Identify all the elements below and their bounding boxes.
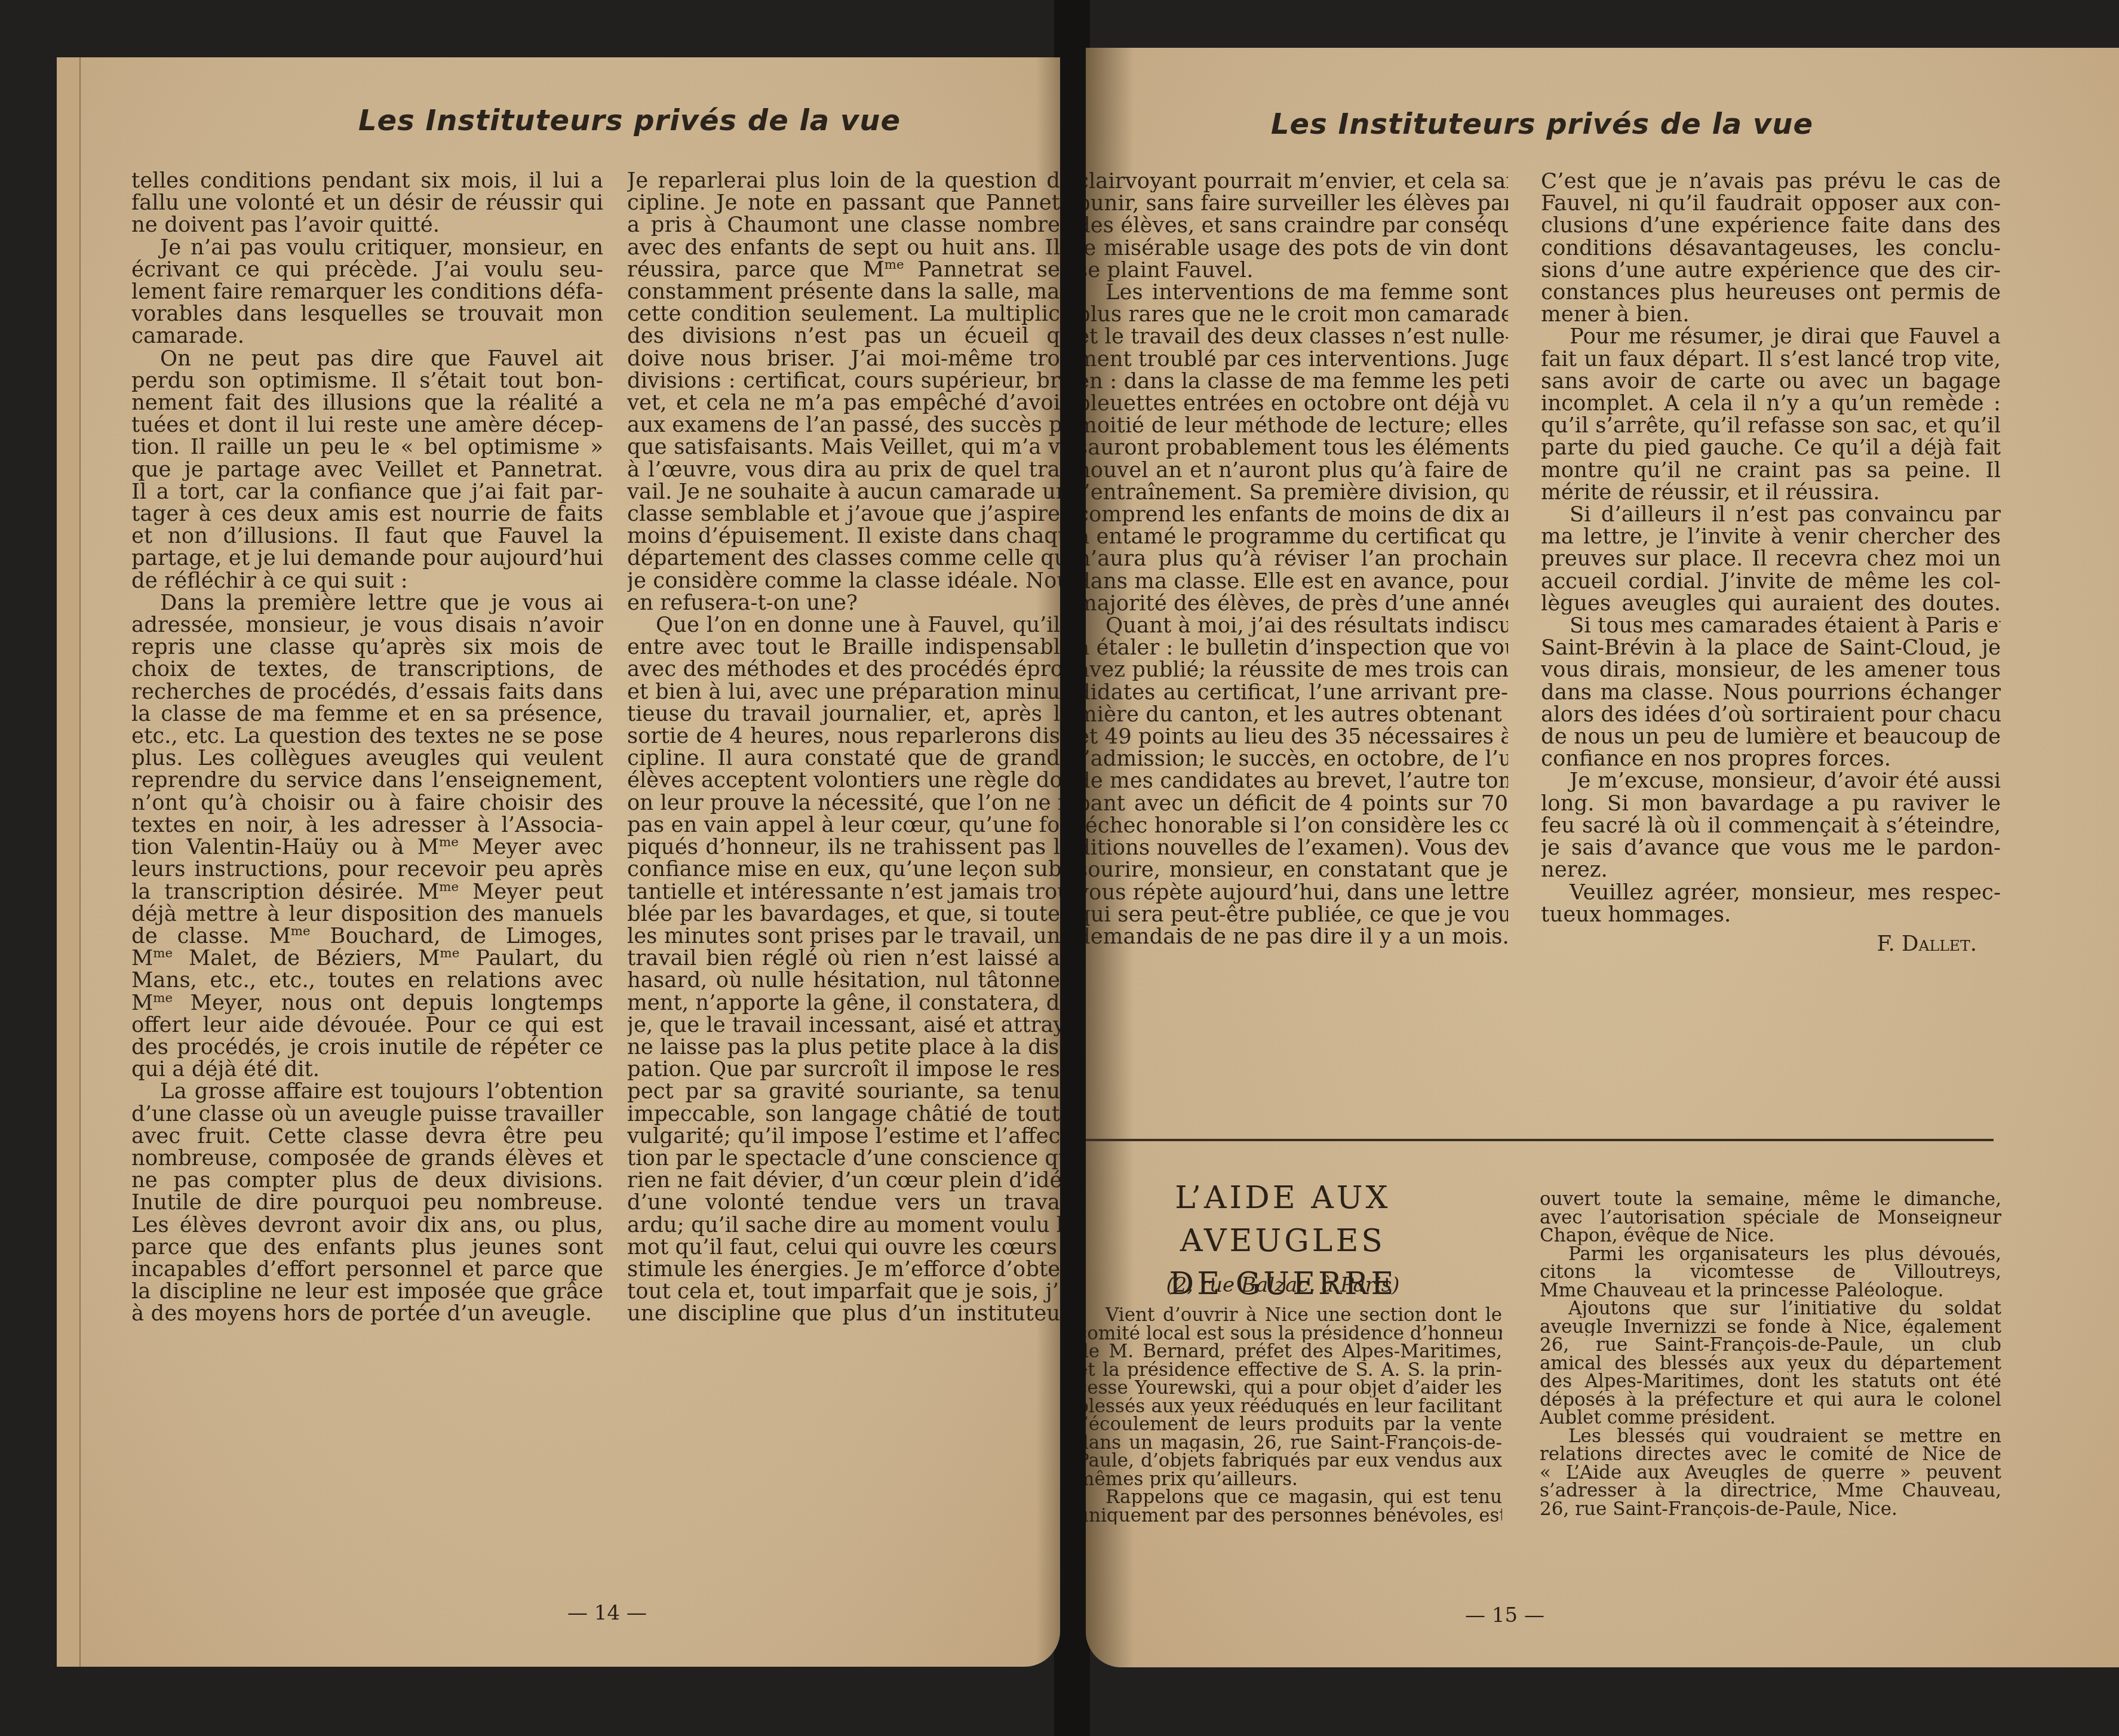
text-line: lement faire remarquer les conditions dé… xyxy=(131,281,603,303)
text-line: sortie de 4 heures, nous reparlerons dis xyxy=(627,725,1060,747)
text-line: n’ont qu’à choisir ou à faire choisir de… xyxy=(131,792,603,814)
text-line: Veuillez agréer, monsieur, mes respec- xyxy=(1541,881,2001,904)
text-line: mener à bien. xyxy=(1541,303,2001,325)
text-line: clusions d’une expérience faite dans des xyxy=(1541,214,2001,236)
text-line: etc., etc. La question des textes ne se … xyxy=(131,725,603,747)
text-line: Si d’ailleurs il n’est pas convaincu par xyxy=(1541,503,2001,526)
text-line: C’est que je n’avais pas prévu le cas de xyxy=(1541,170,2001,192)
text-line: adressée, monsieur, je vous disais n’avo… xyxy=(131,614,603,636)
text-line: dans ma classe. Nous pourrions échanger xyxy=(1541,681,2001,703)
signature: F. Dallet. xyxy=(1541,933,2001,955)
text-line: aux examens de l’an passé, des succès pl xyxy=(627,414,1060,436)
text-line: fallu une volonté et un désir de réussir… xyxy=(131,192,603,214)
text-line: confiance en nos propres forces. xyxy=(1541,748,2001,770)
text-line: textes en noir, à les adresser à l’Assoc… xyxy=(131,814,603,836)
text-line: Je reparlerai plus loin de la question d xyxy=(627,170,1060,192)
section-divider xyxy=(1086,1139,1994,1141)
text-line: je sais d’avance que vous me le pardon- xyxy=(1541,837,2001,859)
text-line: déposés à la préfecture et qui aura le c… xyxy=(1540,1391,2001,1409)
text-line: tuées et dont il lui reste une amère déc… xyxy=(131,414,603,436)
text-line: Inutile de dire pourquoi peu nombreuse. xyxy=(131,1191,603,1213)
text-line: vorables dans lesquelles se trouvait mon xyxy=(131,303,603,325)
text-line: des procédés, je crois inutile de répéte… xyxy=(131,1036,603,1058)
text-line: avec des enfants de sept ou huit ans. Il xyxy=(627,236,1060,259)
text-line: Mme Chauveau et la princesse Paléologue. xyxy=(1540,1282,2001,1300)
text-line: je, que le travail incessant, aisé et at… xyxy=(627,1014,1060,1036)
text-line: mot qu’il faut, celui qui ouvre les cœur… xyxy=(627,1236,1060,1258)
text-line: vail. Je ne souhaite à aucun camarade un xyxy=(627,481,1060,503)
text-line: mière du canton, et les autres obtenant … xyxy=(1086,703,1508,726)
text-line: a entamé le programme du certificat qu’e… xyxy=(1086,526,1508,548)
text-line: offert leur aide dévouée. Pour ce qui es… xyxy=(131,1014,603,1036)
text-line: avez publié; la réussite de mes trois ca… xyxy=(1086,659,1508,681)
text-line: nerez. xyxy=(1541,859,2001,881)
text-line: Dans la première lettre que je vous ai xyxy=(131,592,603,614)
text-line: s’adresser à la directrice, Mme Chauveau… xyxy=(1540,1482,2001,1500)
text-line: aveugle Invernizzi se fonde à Nice, égal… xyxy=(1540,1318,2001,1336)
text-line: moins d’épuisement. Il existe dans chaqu xyxy=(627,525,1060,547)
text-line: tantielle et intéressante n’est jamais t… xyxy=(627,881,1060,903)
text-line: comprend les enfants de moins de dix ans… xyxy=(1086,503,1508,526)
text-line: cette condition seulement. La multiplic xyxy=(627,303,1060,325)
text-line: vous dirais, monsieur, de les amener tou… xyxy=(1541,659,2001,681)
article-subtitle: (2, rue Balzac, à Paris) xyxy=(1086,1273,1486,1297)
text-line: la discipline ne leur est imposée que gr… xyxy=(131,1280,603,1302)
text-line: en : dans la classe de ma femme les peti… xyxy=(1086,370,1508,392)
text-line: classe semblable et j’avoue que j’aspire xyxy=(627,503,1060,525)
text-line: de M. Bernard, préfet des Alpes-Maritime… xyxy=(1086,1342,1502,1361)
text-line: vet, et cela ne m’a pas empêché d’avoi xyxy=(627,392,1060,414)
text-line: en refusera-t-on une? xyxy=(627,592,1060,614)
text-line: avec fruit. Cette classe devra être peu xyxy=(131,1125,603,1147)
text-line: uniquement par des personnes bénévoles, … xyxy=(1086,1507,1502,1525)
text-line: bant avec un déficit de 4 points sur 70 xyxy=(1086,792,1508,815)
text-line: et bien à lui, avec une préparation minu xyxy=(627,681,1060,703)
text-line: tueux hommages. xyxy=(1541,904,2001,926)
text-line: sourire, monsieur, en constatant que je xyxy=(1086,859,1508,881)
text-line: « L’Aide aux Aveugles de guerre » peuven… xyxy=(1540,1464,2001,1482)
text-line: ouvert toute la semaine, même le dimanch… xyxy=(1540,1190,2001,1209)
article-title-line1: L’AIDE AUX AVEUGLES xyxy=(1086,1176,1486,1262)
text-line: On ne peut pas dire que Fauvel ait xyxy=(131,348,603,370)
text-line: d’une volonté tendue vers un trava xyxy=(627,1191,1060,1213)
text-line: Que l’on en donne une à Fauvel, qu’il xyxy=(627,614,1060,636)
text-line: impeccable, son langage châtié de tout xyxy=(627,1103,1060,1125)
text-line: mêmes prix qu’ailleurs. xyxy=(1086,1470,1502,1489)
text-line: n’aura plus qu’à réviser l’an prochain xyxy=(1086,548,1508,570)
text-line: clairvoyant pourrait m’envier, et cela s… xyxy=(1086,170,1508,192)
text-line: leurs instructions, pour recevoir peu ap… xyxy=(131,858,603,880)
text-line: de mes candidates au brevet, l’autre tom… xyxy=(1086,770,1508,792)
text-line: plus. Les collègues aveugles qui veulent xyxy=(131,747,603,769)
text-line: l’admission; le succès, en octobre, de l… xyxy=(1086,748,1508,770)
text-line: ment troublé par ces interventions. Juge… xyxy=(1086,348,1508,370)
text-line: stimule les énergies. Je m’efforce d’obt… xyxy=(627,1258,1060,1280)
text-line: nouvel an et n’auront plus qu’à faire de xyxy=(1086,459,1508,481)
text-line: blessés aux yeux rééduqués en leur facil… xyxy=(1086,1397,1502,1416)
text-line: Mans, etc., etc., toutes en relations av… xyxy=(131,969,603,991)
text-line: entre avec tout le Braille indispensabl xyxy=(627,636,1060,658)
text-line: ne laisse pas la plus petite place à la … xyxy=(627,1036,1060,1058)
text-line: de réfléchir à ce qui suit : xyxy=(131,570,603,592)
text-line: à des moyens hors de portée d’un aveugle… xyxy=(131,1302,603,1325)
text-line: camarade. xyxy=(131,325,603,347)
text-line: tion par le spectacle d’une conscience q… xyxy=(627,1147,1060,1169)
text-line: et la présidence effective de S. A. S. l… xyxy=(1086,1361,1502,1379)
text-line: sauront probablement tous les éléments a… xyxy=(1086,437,1508,459)
text-line: Rappelons que ce magasin, qui est tenu xyxy=(1086,1488,1502,1507)
text-line: sans avoir de carte ou avec un bagage xyxy=(1541,370,2001,392)
text-line: ment, n’apporte la gêne, il constatera, … xyxy=(627,992,1060,1014)
text-line: Je m’excuse, monsieur, d’avoir été aussi xyxy=(1541,770,2001,792)
text-line: et le travail des deux classes n’est nul… xyxy=(1086,325,1508,348)
text-line: perdu son optimisme. Il s’était tout bon… xyxy=(131,370,603,392)
text-line: à étaler : le bulletin d’inspection que … xyxy=(1086,637,1508,659)
text-line: constamment présente dans la salle, mai xyxy=(627,281,1060,303)
text-line: pect par sa gravité souriante, sa tenu xyxy=(627,1080,1060,1102)
text-line: d’une classe où un aveugle puisse travai… xyxy=(131,1103,603,1125)
text-line: plus rares que ne le croit mon camarade, xyxy=(1086,303,1508,325)
text-line: demandais de ne pas dire il y a un mois. xyxy=(1086,926,1508,948)
text-line: je considère comme la classe idéale. Nou xyxy=(627,570,1060,592)
text-line: des élèves, et sans craindre par conséqu… xyxy=(1086,214,1508,236)
text-line: long. Si mon bavardage a pu raviver le xyxy=(1541,792,2001,815)
text-line: cipline. Il aura constaté que de grand xyxy=(627,747,1060,769)
text-line: Ajoutons que sur l’initiative du soldat xyxy=(1540,1299,2001,1318)
text-line: conditions désavantageuses, les conclu- xyxy=(1541,237,2001,259)
text-line: l’entraînement. Sa première division, qu… xyxy=(1086,481,1508,503)
text-line: Pour me résumer, je dirai que Fauvel a xyxy=(1541,325,2001,348)
left-column-1: telles conditions pendant six mois, il l… xyxy=(131,170,603,1325)
page-number-15: — 15 — xyxy=(1465,1603,1544,1627)
text-line: divisions : certificat, cours supérieur,… xyxy=(627,370,1060,392)
running-head-right: Les Instituteurs privés de la vue xyxy=(1271,107,1813,141)
text-line: La grosse affaire est toujours l’obtenti… xyxy=(131,1080,603,1102)
text-line: (échec honorable si l’on considère les c… xyxy=(1086,815,1508,837)
text-line: nombreuse, composée de grands élèves et xyxy=(131,1147,603,1169)
text-line: le misérable usage des pots de vin dont xyxy=(1086,237,1508,259)
left-column-2: Je reparlerai plus loin de la question d… xyxy=(627,170,1060,1325)
text-line: Mme Malet, de Béziers, Mme Paulart, du xyxy=(131,947,603,969)
text-line: qui sera peut-être publiée, ce que je vo… xyxy=(1086,904,1508,926)
text-line: fait un faux départ. Il s’est lancé trop… xyxy=(1541,348,2001,370)
text-line: Vient d’ouvrir à Nice une section dont l… xyxy=(1086,1306,1502,1325)
text-line: doive nous briser. J’ai moi-même tro xyxy=(627,348,1060,370)
text-line: vulgarité; qu’il impose l’estime et l’af… xyxy=(627,1125,1060,1147)
text-line: nement fait des illusions que la réalité… xyxy=(131,392,603,414)
text-line: reprendre du service dans l’enseignement… xyxy=(131,769,603,791)
text-line: se plaint Fauvel. xyxy=(1086,259,1508,281)
text-line: dans ma classe. Elle est en avance, pour… xyxy=(1086,570,1508,592)
text-line: avec l’autorisation spéciale de Monseign… xyxy=(1540,1209,2001,1227)
left-page: Les Instituteurs privés de la vue telles… xyxy=(57,57,1060,1667)
text-line: de nous un peu de lumière et beaucoup de xyxy=(1541,726,2001,748)
text-line: cipline. Je note en passant que Pannet xyxy=(627,192,1060,214)
text-line: Quant à moi, j’ai des résultats indiscut… xyxy=(1086,614,1508,637)
text-line: tion Valentin-Haüy ou à Mme Meyer avec xyxy=(131,836,603,858)
text-line: comité local est sous la présidence d’ho… xyxy=(1086,1325,1502,1343)
text-line: cesse Yourewski, qui a pour objet d’aide… xyxy=(1086,1379,1502,1397)
text-line: incomplet. A cela il n’y a qu’un remède … xyxy=(1541,392,2001,414)
text-line: montre qu’il ne craint pas sa peine. Il xyxy=(1541,459,2001,481)
text-line: Parmi les organisateurs les plus dévoués… xyxy=(1540,1245,2001,1264)
text-line: Les interventions de ma femme sont xyxy=(1086,281,1508,303)
text-line: incapables d’effort personnel et parce q… xyxy=(131,1258,603,1280)
text-line: de classe. Mme Bouchard, de Limoges, xyxy=(131,925,603,947)
text-line: 26, rue Saint-François-de-Paule, un club xyxy=(1540,1336,2001,1354)
text-line: tout cela et, tout imparfait que je sois… xyxy=(627,1280,1060,1302)
text-line: la classe de ma femme et en sa présence, xyxy=(131,703,603,725)
text-line: tieuse du travail journalier, et, après … xyxy=(627,703,1060,725)
text-line: Paule, d’objets fabriqués par eux vendus… xyxy=(1086,1452,1502,1470)
text-line: des Alpes-Maritimes, dont les statuts on… xyxy=(1540,1372,2001,1391)
text-line: preuves sur place. Il recevra chez moi u… xyxy=(1541,548,2001,570)
text-line: Les blessés qui voudraient se mettre en xyxy=(1540,1427,2001,1446)
text-line: tager à ces deux amis est nourrie de fai… xyxy=(131,503,603,525)
text-line: et non d’illusions. Il faut que Fauvel l… xyxy=(131,525,603,547)
text-line: mérite de réussir, et il réussira. xyxy=(1541,481,2001,503)
text-line: avec des méthodes et des procédés éprouv xyxy=(627,658,1060,680)
text-line: lègues aveugles qui auraient des doutes. xyxy=(1541,592,2001,614)
text-line: feu sacré là où il commençait à s’éteind… xyxy=(1541,815,2001,837)
text-line: bleuettes entrées en octobre ont déjà vu… xyxy=(1086,392,1508,414)
text-line: confiance mise en eux, qu’une leçon subs xyxy=(627,858,1060,880)
page-number-14: — 14 — xyxy=(567,1601,647,1625)
text-line: une discipline que plus d’un instituteu xyxy=(627,1302,1060,1325)
text-line: écrivant ce qui précède. J’ai voulu seu- xyxy=(131,259,603,281)
text-line: Saint-Brévin à la place de Saint-Cloud, … xyxy=(1541,637,2001,659)
text-line: travail bien réglé où rien n’est laissé … xyxy=(627,947,1060,969)
text-line: blée par les bavardages, et que, si tout… xyxy=(627,903,1060,925)
text-line: parte du pied gauche. Ce qu’il a déjà fa… xyxy=(1541,437,2001,459)
text-line: déjà mettre à leur disposition des manue… xyxy=(131,903,603,925)
text-line: département des classes comme celle qu xyxy=(627,547,1060,569)
article-column-2: ouvert toute la semaine, même le dimanch… xyxy=(1540,1190,2001,1518)
text-line: relations directes avec le comité de Nic… xyxy=(1540,1445,2001,1464)
text-line: constances plus heureuses ont permis de xyxy=(1541,281,2001,303)
text-line: citons la vicomtesse de Villoutreys, xyxy=(1540,1263,2001,1282)
text-line: ne doivent pas l’avoir quitté. xyxy=(131,214,603,236)
text-line: repris une classe qu’après six mois de xyxy=(131,636,603,658)
text-line: amical des blessés aux yeux du départeme… xyxy=(1540,1354,2001,1373)
right-column-1: clairvoyant pourrait m’envier, et cela s… xyxy=(1086,170,1508,948)
text-line: à l’œuvre, vous dira au prix de quel tra xyxy=(627,459,1060,481)
text-line: moitié de leur méthode de lecture; elles xyxy=(1086,414,1508,437)
text-line: Il a tort, car la confiance que j’ai fai… xyxy=(131,481,603,503)
text-line: accueil cordial. J’invite de même les co… xyxy=(1541,570,2001,592)
text-line: vous répète aujourd’hui, dans une lettre xyxy=(1086,881,1508,904)
text-line: alors des idées d’où sortiraient pour ch… xyxy=(1541,703,2001,726)
text-line: Les élèves devront avoir dix ans, ou plu… xyxy=(131,1214,603,1236)
text-line: ardu; qu’il sache dire au moment voulu l xyxy=(627,1214,1060,1236)
text-line: a pris à Chaumont une classe nombre xyxy=(627,214,1060,236)
text-line: que satisfaisants. Mais Veillet, qui m’a… xyxy=(627,436,1060,458)
text-line: qu’il s’arrête, qu’il refasse son sac, e… xyxy=(1541,414,2001,437)
text-line: parce que des enfants plus jeunes sont xyxy=(131,1236,603,1258)
text-line: réussira, parce que Mme Pannetrat se xyxy=(627,259,1060,281)
text-line: tion. Il raille un peu le « bel optimism… xyxy=(131,436,603,458)
text-line: ne pas compter plus de deux divisions. xyxy=(131,1169,603,1191)
right-page: Les Instituteurs privés de la vue clairv… xyxy=(1086,48,2119,1667)
text-line: punir, sans faire surveiller les élèves … xyxy=(1086,192,1508,214)
page-edge xyxy=(57,57,81,1667)
text-line: sions d’une autre expérience que des cir… xyxy=(1541,259,2001,281)
text-line: qui a déjà été dit. xyxy=(131,1058,603,1080)
text-line: Je n’ai pas voulu critiquer, monsieur, e… xyxy=(131,236,603,259)
text-line: choix de textes, de transcriptions, de xyxy=(131,658,603,680)
text-line: Aublet comme président. xyxy=(1540,1409,2001,1427)
text-line: l’écoulement de leurs produits par la ve… xyxy=(1086,1415,1502,1434)
text-line: Mme Meyer, nous ont depuis longtemps xyxy=(131,992,603,1014)
text-line: hasard, où nulle hésitation, nul tâtonne xyxy=(627,969,1060,991)
text-line: rien ne fait dévier, d’un cœur plein d’i… xyxy=(627,1169,1060,1191)
text-line: pation. Que par surcroît il impose le re… xyxy=(627,1058,1060,1080)
text-line: telles conditions pendant six mois, il l… xyxy=(131,170,603,192)
text-line: la transcription désirée. Mme Meyer peut xyxy=(131,881,603,903)
text-line: des divisions n’est pas un écueil q xyxy=(627,325,1060,347)
article-column-1: Vient d’ouvrir à Nice une section dont l… xyxy=(1086,1306,1502,1525)
text-line: majorité des élèves, de près d’une année… xyxy=(1086,592,1508,614)
text-line: ditions nouvelles de l’examen). Vous dev… xyxy=(1086,837,1508,859)
text-line: 26, rue Saint-François-de-Paule, Nice. xyxy=(1540,1500,2001,1519)
text-line: Si tous mes camarades étaient à Paris et xyxy=(1541,614,2001,637)
text-line: ma lettre, je l’invite à venir chercher … xyxy=(1541,526,2001,548)
text-line: dans un magasin, 26, rue Saint-François-… xyxy=(1086,1434,1502,1452)
text-line: pas en vain appel à leur cœur, qu’une fo… xyxy=(627,814,1060,836)
text-line: partage, et je lui demande pour aujourd’… xyxy=(131,547,603,569)
text-line: Chapon, évêque de Nice. xyxy=(1540,1227,2001,1245)
text-line: recherches de procédés, d’essais faits d… xyxy=(131,681,603,703)
text-line: élèves acceptent volontiers une règle do… xyxy=(627,769,1060,791)
text-line: les minutes sont prises par le travail, … xyxy=(627,925,1060,947)
running-head-left: Les Instituteurs privés de la vue xyxy=(358,104,901,137)
right-column-2: C’est que je n’avais pas prévu le cas de… xyxy=(1541,170,2001,955)
text-line: que je partage avec Veillet et Pannetrat… xyxy=(131,459,603,481)
text-line: on leur prouve la nécessité, que l’on ne… xyxy=(627,792,1060,814)
text-line: et 49 points au lieu des 35 nécessaires … xyxy=(1086,726,1508,748)
text-line: piqués d’honneur, ils ne trahissent pas … xyxy=(627,836,1060,858)
text-line: didates au certificat, l’une arrivant pr… xyxy=(1086,681,1508,703)
text-line: Fauvel, ni qu’il faudrait opposer aux co… xyxy=(1541,192,2001,214)
